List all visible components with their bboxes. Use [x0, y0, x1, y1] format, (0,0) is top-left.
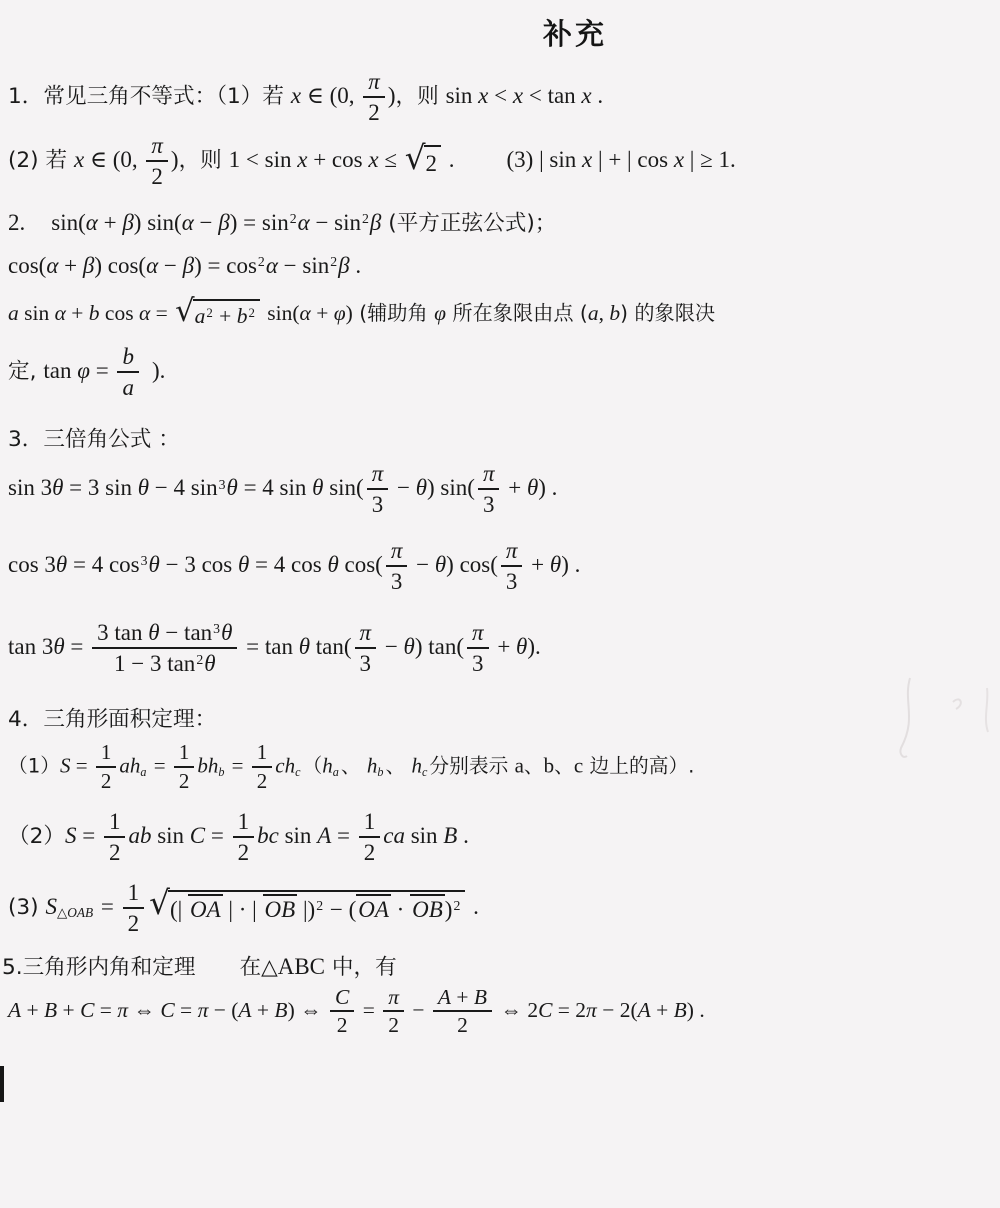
subscript: b	[377, 765, 383, 779]
math-italic: α	[86, 210, 98, 235]
fraction-numerator: π	[367, 461, 389, 490]
math-roman: +	[21, 998, 44, 1022]
math-roman: 1	[179, 740, 190, 764]
math-italic: C	[538, 998, 552, 1022]
fraction: 12	[252, 741, 273, 793]
line-angle-sum: A + B + C = π ⇔ C = π − (A + B) ⇔ C2 = π…	[8, 986, 1000, 1037]
math-roman: = 2	[552, 998, 586, 1022]
fraction: π3	[355, 620, 377, 676]
fraction: π2	[383, 986, 404, 1037]
fraction-numerator: 1	[359, 809, 381, 838]
math-italic: A	[438, 985, 451, 1009]
math-italic: a	[588, 301, 599, 325]
math-italic: x	[291, 83, 301, 108]
radical-content: (| OA | · | OB |)2 − (OA · OB)2	[168, 890, 465, 925]
math-italic: b	[122, 344, 134, 369]
math-italic: φ	[334, 301, 346, 325]
math-italic: θ	[227, 475, 238, 500]
math-roman: ) .	[538, 475, 557, 500]
math-roman: (3) | sin	[507, 148, 583, 173]
math-roman: < tan	[523, 83, 581, 108]
math-roman: tan 3	[8, 634, 53, 659]
text-run: （	[302, 755, 322, 778]
math-roman: b	[544, 754, 555, 778]
text-run: (辅助角	[353, 301, 434, 325]
math-roman: 3 tan	[97, 620, 148, 645]
fraction-numerator: π	[501, 538, 523, 567]
fraction: π3	[386, 538, 408, 594]
radical-sign: √	[149, 890, 170, 918]
line-item-4: 4．三角形面积定理：	[8, 704, 1000, 733]
math-italic: α	[55, 301, 66, 325]
math-italic: A	[8, 998, 21, 1022]
math-roman: − (	[324, 897, 356, 922]
math-italic: ab	[128, 823, 151, 848]
math-roman: −	[158, 253, 182, 278]
math-roman: sin	[405, 823, 443, 848]
fraction-numerator: π	[386, 538, 408, 567]
fraction-denominator: 2	[104, 838, 126, 865]
math-roman: − 4 sin	[149, 475, 218, 500]
fraction: C2	[330, 986, 354, 1037]
math-italic: x	[513, 83, 523, 108]
math-italic: b	[237, 304, 248, 328]
math-roman: =	[65, 634, 89, 659]
fraction-denominator: 3	[467, 649, 489, 676]
math-roman: +	[451, 985, 474, 1009]
fraction-numerator: 1	[123, 880, 145, 909]
math-italic: θ	[312, 475, 323, 500]
math-italic: θ	[149, 552, 160, 577]
math-italic: θ	[52, 475, 63, 500]
math-roman: +	[502, 475, 526, 500]
math-italic: h	[322, 754, 333, 778]
math-roman: 3	[391, 569, 403, 594]
math-roman: ).	[152, 358, 165, 383]
math-roman: +	[58, 253, 82, 278]
fraction-denominator: 2	[146, 162, 168, 189]
text-run: 3．三倍角公式 ：	[8, 427, 180, 452]
text-run: ，则	[395, 84, 445, 109]
vector-overline: OA	[356, 894, 391, 925]
fraction-denominator: 2	[332, 1012, 353, 1037]
math-roman: −	[410, 552, 434, 577]
fraction-denominator: 2	[363, 98, 385, 125]
math-italic: C	[160, 998, 174, 1022]
line-cos-product: cos(α + β) cos(α − β) = cos2α − sin2β .	[8, 251, 1000, 281]
math-italic: α	[139, 301, 150, 325]
subscript: c	[295, 765, 300, 779]
math-italic: x	[368, 148, 378, 173]
line-sin3: sin 3θ = 3 sin θ − 4 sin3θ = 4 sin θ sin…	[8, 461, 1000, 517]
math-roman: sin	[446, 83, 479, 108]
math-roman: .	[457, 823, 469, 848]
math-roman: 2	[364, 840, 376, 865]
math-roman: ) tan(	[415, 634, 464, 659]
math-roman: 1 − 3 tan	[114, 651, 195, 676]
vector-overline: OB	[410, 894, 445, 925]
math-italic: θ	[550, 552, 561, 577]
math-roman: =	[76, 823, 100, 848]
line-item-3: 3．三倍角公式 ：	[8, 424, 1000, 453]
math-roman: cos(	[8, 253, 46, 278]
math-italic: θ	[56, 552, 67, 577]
math-roman: ) = cos	[194, 253, 257, 278]
math-roman: ·	[391, 897, 410, 922]
math-italic: π	[151, 133, 163, 158]
radical-content: 2	[424, 145, 442, 179]
math-italic: S	[65, 823, 77, 848]
math-roman: =	[94, 998, 117, 1022]
math-italic: a	[122, 375, 134, 400]
math-roman: −	[194, 210, 218, 235]
line-item-5: 5.三角形内角和定理在△ABC 中，有	[2, 952, 1000, 982]
math-roman: cos(	[339, 552, 383, 577]
math-roman: | · |	[223, 897, 263, 922]
fraction-numerator: 1	[104, 809, 126, 838]
text-run: 定,	[8, 359, 43, 384]
math-roman: 2	[426, 151, 438, 176]
math-roman: +	[98, 210, 122, 235]
fraction-numerator: π	[363, 69, 385, 98]
text-run: 、	[341, 755, 367, 778]
math-roman: ) ⇔	[288, 998, 327, 1022]
line-area-3: (3) S△OAB = 12√(| OA | · | OB |)2 − (OA …	[8, 880, 1000, 936]
math-roman: +	[66, 301, 89, 325]
math-roman: |)	[297, 897, 315, 922]
fraction: π3	[367, 461, 389, 517]
math-italic: α	[300, 301, 311, 325]
math-italic: π	[506, 538, 518, 563]
math-roman: 3	[472, 651, 484, 676]
math-roman: =	[357, 998, 380, 1022]
math-roman: =	[175, 998, 198, 1022]
math-roman: = 4 cos	[67, 552, 139, 577]
math-italic: b	[89, 301, 100, 325]
math-italic: B	[474, 985, 487, 1009]
math-roman: tan(	[310, 634, 352, 659]
fraction: A + B2	[433, 986, 492, 1037]
math-roman: 3	[483, 492, 495, 517]
line-tan-phi: 定, tan φ = ba).	[8, 344, 1000, 400]
math-italic: x	[478, 83, 488, 108]
fraction-denominator: 2	[252, 768, 273, 793]
math-roman: 3	[506, 569, 518, 594]
math-roman: =	[331, 823, 355, 848]
fraction-denominator: 3	[501, 567, 523, 594]
line-area-1: （1）S = 12aha = 12bhb = 12chc（ha、 hb、 hc分…	[8, 741, 1000, 793]
fraction: π3	[501, 538, 523, 594]
math-roman: 2	[368, 100, 380, 125]
fraction-numerator: b	[117, 344, 139, 373]
math-roman: ) cos(	[446, 552, 498, 577]
line-area-2: （2）S = 12ab sin C = 12bc sin A = 12ca si…	[8, 809, 1000, 865]
line-item-1: 1．常见三角不等式：（1）若 x ∈ (0, π2)，则 sin x < x <…	[8, 69, 1000, 125]
math-italic: θ	[435, 552, 446, 577]
fraction: 12	[104, 809, 126, 865]
fraction: 12	[174, 741, 195, 793]
math-roman: )	[445, 897, 453, 922]
math-italic: θ	[221, 620, 232, 645]
fraction: π3	[478, 461, 500, 517]
math-italic: b	[609, 301, 620, 325]
math-italic: θ	[204, 651, 215, 676]
math-italic: α	[46, 253, 58, 278]
math-roman: +	[651, 998, 674, 1022]
line-item-2: 2.sin(α + β) sin(α − β) = sin2α − sin2β …	[8, 208, 1000, 238]
math-italic: π	[391, 538, 403, 563]
document-page: 补充 1．常见三角不等式：（1）若 x ∈ (0, π2)，则 sin x < …	[0, 0, 1000, 1208]
superscript: 2	[362, 211, 369, 226]
math-italic: π	[472, 620, 484, 645]
math-italic: α	[266, 253, 278, 278]
math-italic: β	[218, 210, 229, 235]
radical-content: a2 + b2	[193, 299, 260, 330]
text-run: 4．三角形面积定理：	[8, 707, 216, 732]
math-italic: B	[44, 998, 57, 1022]
text-run: （2）	[8, 824, 65, 849]
math-italic: β	[122, 210, 133, 235]
superscript: 3	[213, 621, 220, 636]
line-cos3: cos 3θ = 4 cos3θ − 3 cos θ = 4 cos θ cos…	[8, 538, 1000, 594]
math-roman: 1 < sin	[229, 148, 298, 173]
subscript: c	[422, 765, 427, 779]
text-run: ) 的象限决	[620, 301, 715, 325]
radical: √(| OA | · | OB |)2 − (OA · OB)2	[149, 890, 465, 925]
math-roman: )	[171, 148, 179, 173]
math-italic: h	[367, 754, 378, 778]
math-roman: tan	[43, 358, 77, 383]
math-roman: ).	[527, 634, 540, 659]
math-roman: 2	[128, 911, 140, 936]
math-italic: a	[8, 301, 19, 325]
math-italic: C	[80, 998, 94, 1022]
superscript: 2	[206, 306, 212, 320]
math-italic: π	[586, 998, 597, 1022]
math-roman: =	[205, 823, 229, 848]
math-roman: c	[574, 754, 583, 778]
math-roman: − 2(	[597, 998, 638, 1022]
math-roman: ⇔	[128, 998, 160, 1022]
math-roman: +	[311, 301, 334, 325]
vector-overline: OA	[188, 894, 223, 925]
math-italic: h	[411, 754, 422, 778]
math-italic: x	[674, 148, 684, 173]
math-italic: α	[182, 210, 194, 235]
text-run: 、	[554, 755, 574, 778]
math-italic: x	[582, 148, 592, 173]
fraction-denominator: 2	[123, 909, 145, 936]
math-italic: θ	[404, 634, 415, 659]
math-italic: α	[298, 210, 310, 235]
math-roman: )	[346, 301, 353, 325]
math-roman: − sin	[310, 210, 361, 235]
math-roman: =	[95, 894, 119, 919]
math-roman: 1	[257, 740, 268, 764]
fraction-denominator: 2	[233, 838, 255, 865]
text-run: 边上的高）.	[583, 755, 694, 778]
fraction-numerator: 1	[252, 741, 273, 768]
math-italic: x	[74, 148, 84, 173]
fraction-denominator: 1 − 3 tan2θ	[109, 649, 221, 676]
fraction: ba	[117, 344, 139, 400]
radical: √2	[405, 145, 441, 179]
radical: √a2 + b2	[175, 299, 260, 330]
math-roman: 3	[372, 492, 384, 517]
math-roman: sin	[151, 823, 189, 848]
math-italic: θ	[516, 634, 527, 659]
math-italic: B	[274, 998, 287, 1022]
math-italic: bc	[257, 823, 279, 848]
math-roman: ⇔ 2	[495, 998, 538, 1022]
fraction-denominator: 2	[96, 768, 117, 793]
text-run: (3)	[8, 895, 45, 920]
math-roman: =	[226, 754, 248, 778]
math-roman: +	[252, 998, 275, 1022]
math-italic: θ	[299, 634, 310, 659]
page-title: 补充	[0, 12, 1000, 53]
line-tan3: tan 3θ = 3 tan θ − tan3θ1 − 3 tan2θ = ta…	[8, 620, 1000, 676]
math-italic: π	[372, 461, 384, 486]
fraction-denominator: 3	[367, 490, 389, 517]
math-italic: A	[317, 823, 331, 848]
math-roman: .	[443, 148, 455, 173]
fraction: π2	[363, 69, 385, 125]
math-roman: <	[488, 83, 512, 108]
radical-sign: √	[405, 145, 426, 173]
superscript: 2	[290, 211, 297, 226]
line-item-1-cont: (2) 若 x ∈ (0, π2)，则 1 < sin x + cos x ≤ …	[8, 133, 1000, 189]
math-roman: ) .	[561, 552, 580, 577]
math-italic: φ	[434, 301, 446, 325]
superscript: 2	[453, 898, 460, 913]
math-roman: 2	[109, 840, 121, 865]
subscript: a	[140, 765, 146, 779]
math-roman: 2.	[8, 210, 25, 235]
math-italic: C	[335, 985, 349, 1009]
text-run: (平方正弦公式)；	[381, 211, 556, 236]
math-italic: θ	[238, 552, 249, 577]
math-italic: A	[238, 998, 251, 1022]
math-roman: .	[467, 894, 479, 919]
fraction: 3 tan θ − tan3θ1 − 3 tan2θ	[92, 620, 237, 676]
math-roman: a	[515, 754, 524, 778]
superscript: 3	[219, 477, 226, 492]
math-italic: θ	[416, 475, 427, 500]
text-run: (2) 若	[8, 149, 74, 174]
subscript: b	[218, 765, 224, 779]
math-roman: 2	[388, 1013, 399, 1037]
math-roman: ≤	[379, 148, 403, 173]
math-roman: = 4 cos	[249, 552, 327, 577]
text-run: 1．常见三角不等式：（1）若	[8, 84, 291, 109]
fraction-numerator: π	[355, 620, 377, 649]
fraction-denominator: 2	[452, 1012, 473, 1037]
math-roman: ∈ (0,	[301, 83, 360, 108]
math-roman: 1	[128, 880, 140, 905]
math-roman: 2	[257, 769, 268, 793]
text-run: 5.三角形内角和定理	[2, 955, 196, 980]
fraction: 12	[96, 741, 117, 793]
math-roman: 2	[337, 1013, 348, 1037]
fraction-denominator: 2	[383, 1012, 404, 1037]
math-roman: ) cos(	[94, 253, 146, 278]
math-roman: =	[148, 754, 170, 778]
math-italic: B	[443, 823, 457, 848]
math-roman: sin(	[262, 301, 300, 325]
math-roman: 1	[101, 740, 112, 764]
math-roman: 2	[457, 1013, 468, 1037]
math-roman: ) = sin	[230, 210, 289, 235]
math-roman: ABC	[278, 954, 325, 979]
text-run: 、	[524, 755, 544, 778]
math-italic: C	[190, 823, 205, 848]
text-run: ，则	[179, 149, 229, 174]
superscript: 2	[258, 254, 265, 269]
math-roman: =	[71, 754, 93, 778]
fraction-numerator: π	[467, 620, 489, 649]
math-italic: β	[83, 253, 94, 278]
fraction-numerator: 3 tan θ − tan3θ	[92, 620, 237, 649]
math-roman: 2	[101, 769, 112, 793]
math-roman: + cos	[307, 148, 368, 173]
math-roman: ,	[599, 301, 610, 325]
math-roman: ) sin(	[427, 475, 475, 500]
fraction-numerator: 1	[233, 809, 255, 838]
fraction-denominator: 3	[355, 649, 377, 676]
math-italic: β	[338, 253, 349, 278]
math-roman: ) sin(	[134, 210, 182, 235]
superscript: 2	[248, 306, 254, 320]
math-roman: ) .	[687, 998, 705, 1022]
math-italic: x	[581, 83, 591, 108]
math-italic: θ	[53, 634, 64, 659]
subscript: △OAB	[57, 905, 93, 920]
math-roman: (|	[170, 897, 188, 922]
fraction-numerator: π	[146, 133, 168, 162]
math-italic: B	[674, 998, 687, 1022]
math-roman: = 4 sin	[238, 475, 312, 500]
math-roman: sin 3	[8, 475, 52, 500]
math-italic: β	[370, 210, 381, 235]
fraction-numerator: π	[478, 461, 500, 490]
math-roman: −	[379, 634, 403, 659]
math-italic: α	[146, 253, 158, 278]
superscript: 2	[196, 652, 203, 667]
math-italic: ch	[275, 754, 295, 778]
math-italic: A	[638, 998, 651, 1022]
text-run: 、	[385, 755, 411, 778]
superscript: 2	[316, 898, 323, 913]
math-roman: 2	[238, 840, 250, 865]
math-italic: x	[297, 148, 307, 173]
text-run: 分别表示	[429, 755, 514, 778]
math-roman: +	[525, 552, 549, 577]
math-roman: 1	[109, 809, 121, 834]
math-roman: −	[391, 475, 415, 500]
math-roman: − tan	[160, 620, 213, 645]
math-roman: .	[592, 83, 604, 108]
fraction-denominator: 2	[359, 838, 381, 865]
math-italic: π	[360, 620, 372, 645]
fraction-denominator: 3	[386, 567, 408, 594]
math-roman: +	[214, 304, 237, 328]
math-italic: θ	[527, 475, 538, 500]
math-roman: sin	[19, 301, 55, 325]
math-italic: S	[60, 754, 71, 778]
math-roman: +	[57, 998, 80, 1022]
math-italic: S	[45, 894, 57, 919]
